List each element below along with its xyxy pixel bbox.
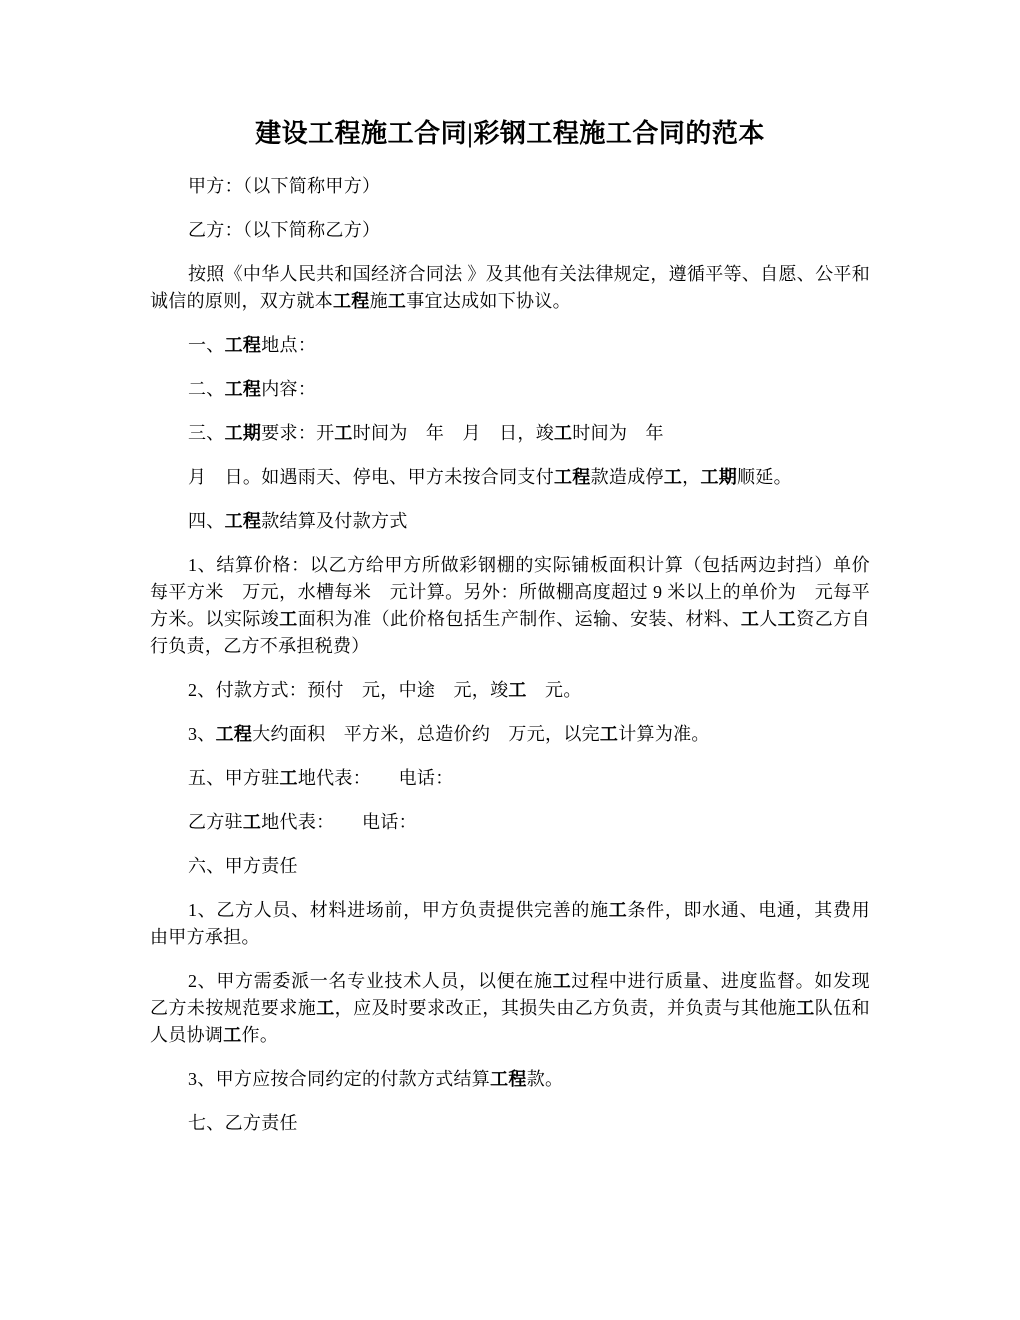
text-run: 地点：: [261, 335, 316, 355]
text-run: 款结算及付款方式: [261, 511, 407, 531]
paragraph: 2、甲方需委派一名专业技术人员，以便在施工过程中进行质量、进度监督。如发现乙方未…: [150, 968, 870, 1049]
text-run: 元。: [527, 680, 582, 700]
text-run: 2、甲方需委派一名专业技术人员，以便在施: [188, 971, 553, 991]
bold-keyword: 工程: [225, 379, 262, 399]
bold-keyword: 工程: [216, 724, 253, 744]
bold-keyword: 工程: [225, 511, 262, 531]
paragraph: 1、结算价格：以乙方给甲方所做彩钢棚的实际铺板面积计算（包括两边封挡）单价每平方…: [150, 552, 870, 660]
paragraph: 3、工程大约面积 平方米，总造价约 万元，以完工计算为准。: [150, 721, 870, 748]
bold-keyword: 工: [279, 609, 297, 629]
document-page: 建设工程施工合同|彩钢工程施工合同的范本 甲方：（以下简称甲方）乙方：（以下简称…: [0, 0, 1020, 1320]
paragraph: 乙方驻工地代表： 电话：: [150, 809, 870, 836]
text-run: 内容：: [261, 379, 316, 399]
bold-keyword: 工程: [554, 467, 591, 487]
text-run: 计算为准。: [618, 724, 710, 744]
document-body: 甲方：（以下简称甲方）乙方：（以下简称乙方）按照《中华人民共和国经济合同法 》及…: [150, 173, 870, 1137]
text-run: 面积为准（此价格包括生产制作、运输、安装、材料、: [298, 609, 741, 629]
paragraph: 1、乙方人员、材料进场前，甲方负责提供完善的施工条件，即水通、电通，其费用由甲方…: [150, 897, 870, 951]
paragraph: 3、甲方应按合同约定的付款方式结算工程款。: [150, 1066, 870, 1093]
text-run: 月 日。如遇雨天、停电、甲方未按合同支付: [188, 467, 554, 487]
text-run: 地代表： 电话：: [261, 812, 417, 832]
text-run: 要求：开: [261, 423, 334, 443]
paragraph: 四、工程款结算及付款方式: [150, 508, 870, 535]
text-run: 2、付款方式：预付 元，中途 元，竣: [188, 680, 508, 700]
bold-keyword: 工期: [225, 423, 262, 443]
text-run: 时间为 年 月 日，竣: [353, 423, 554, 443]
bold-keyword: 工程: [333, 291, 370, 311]
bold-keyword: 工程: [490, 1069, 527, 1089]
bold-keyword: 工: [609, 900, 628, 920]
text-run: 五、甲方驻: [188, 768, 280, 788]
bold-keyword: 工: [508, 680, 526, 700]
text-run: 一、: [188, 335, 225, 355]
text-run: 四、: [188, 511, 225, 531]
bold-keyword: 工期: [700, 467, 737, 487]
paragraph: 按照《中华人民共和国经济合同法 》及其他有关法律规定，遵循平等、自愿、公平和诚信…: [150, 261, 870, 315]
bold-keyword: 工: [741, 609, 759, 629]
text-run: 人: [759, 609, 777, 629]
bold-keyword: 工: [334, 423, 352, 443]
text-run: 3、甲方应按合同约定的付款方式结算: [188, 1069, 490, 1089]
paragraph: 二、工程内容：: [150, 376, 870, 403]
paragraph: 六、甲方责任: [150, 853, 870, 880]
text-run: 施: [370, 291, 388, 311]
text-run: 乙方驻: [188, 812, 243, 832]
bold-keyword: 工程: [225, 335, 262, 355]
text-run: 3、: [188, 724, 216, 744]
bold-keyword: 工: [796, 998, 814, 1018]
text-run: 款。: [527, 1069, 564, 1089]
bold-keyword: 工: [664, 467, 682, 487]
text-run: 七、乙方责任: [188, 1113, 298, 1133]
text-run: 三、: [188, 423, 225, 443]
text-run: 1、乙方人员、材料进场前，甲方负责提供完善的施: [188, 900, 609, 920]
text-run: 甲方：（以下简称甲方）: [188, 176, 380, 196]
paragraph: 五、甲方驻工地代表： 电话：: [150, 765, 870, 792]
text-run: 款造成停: [591, 467, 664, 487]
paragraph: 乙方：（以下简称乙方）: [150, 217, 870, 244]
paragraph: 七、乙方责任: [150, 1110, 870, 1137]
text-run: 事宜达成如下协议。: [406, 291, 571, 311]
paragraph: 三、工期要求：开工时间为 年 月 日，竣工时间为 年: [150, 420, 870, 447]
paragraph: 2、付款方式：预付 元，中途 元，竣工 元。: [150, 677, 870, 704]
bold-keyword: 工: [223, 1025, 241, 1045]
text-run: ，应及时要求改正，其损失由乙方负责，并负责与其他施: [335, 998, 797, 1018]
text-run: 时间为 年: [572, 423, 664, 443]
bold-keyword: 工: [243, 812, 261, 832]
text-run: 六、甲方责任: [188, 856, 298, 876]
bold-keyword: 工: [554, 423, 572, 443]
text-run: 大约面积 平方米，总造价约 万元，以完: [252, 724, 600, 744]
bold-keyword: 工: [600, 724, 618, 744]
text-run: 顺延。: [737, 467, 792, 487]
paragraph: 甲方：（以下简称甲方）: [150, 173, 870, 200]
bold-keyword: 工: [778, 609, 796, 629]
paragraph: 一、工程地点：: [150, 332, 870, 359]
document-content: 建设工程施工合同|彩钢工程施工合同的范本 甲方：（以下简称甲方）乙方：（以下简称…: [150, 116, 870, 1137]
paragraph: 月 日。如遇雨天、停电、甲方未按合同支付工程款造成停工，工期顺延。: [150, 464, 870, 491]
text-run: 地代表： 电话：: [298, 768, 454, 788]
text-run: ，: [682, 467, 700, 487]
document-title: 建设工程施工合同|彩钢工程施工合同的范本: [150, 116, 870, 151]
text-run: 乙方：（以下简称乙方）: [188, 220, 380, 240]
text-run: 二、: [188, 379, 225, 399]
bold-keyword: 工: [280, 768, 298, 788]
text-run: 作。: [242, 1025, 279, 1045]
bold-keyword: 工: [388, 291, 406, 311]
bold-keyword: 工: [553, 971, 572, 991]
bold-keyword: 工: [316, 998, 334, 1018]
